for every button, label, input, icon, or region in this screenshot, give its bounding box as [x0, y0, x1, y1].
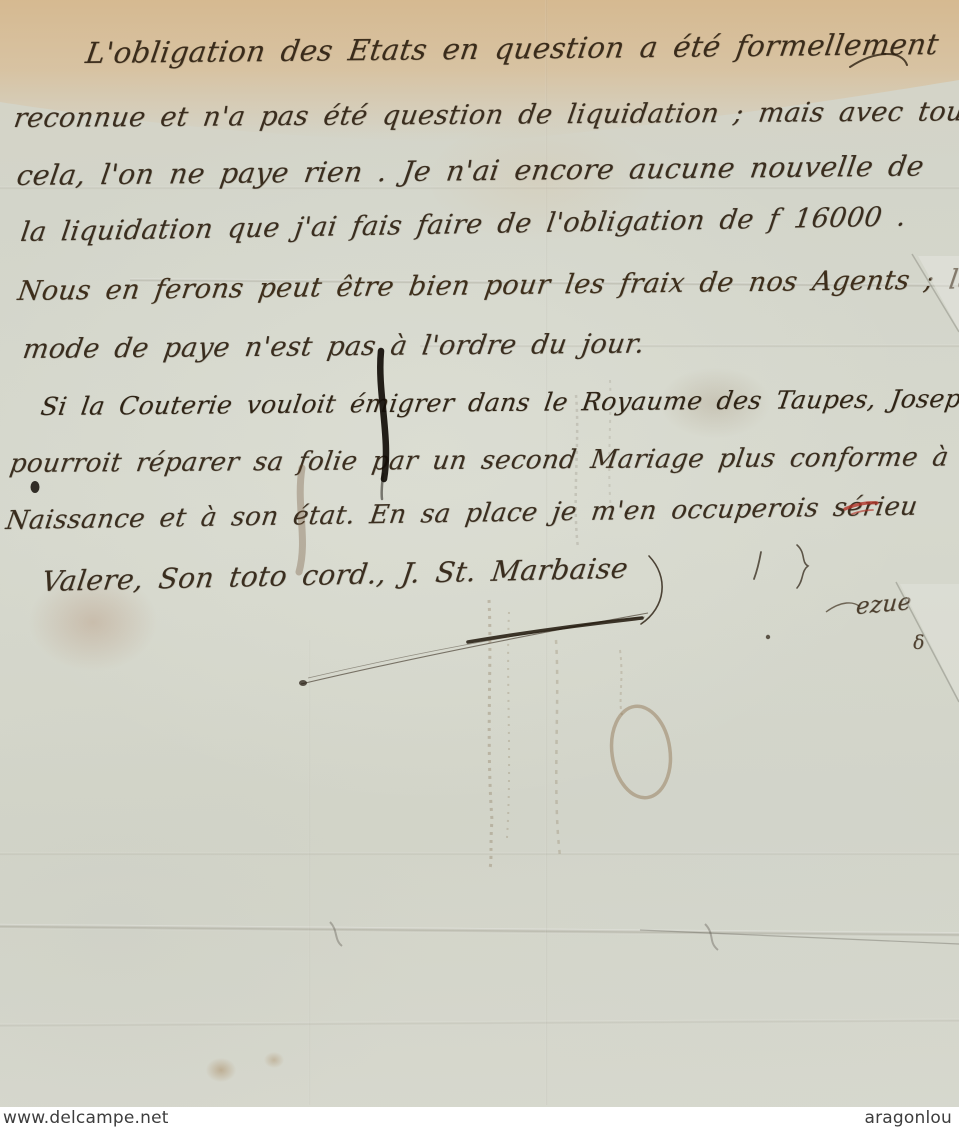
pen-mark-brace	[797, 545, 808, 588]
watermark-site-text: www.delcampe.net	[3, 1108, 169, 1128]
ghost-bleed-3	[556, 640, 560, 856]
ink-blot-left-edge	[31, 481, 40, 493]
ink-streak-tail	[382, 474, 383, 499]
ghost-bleed-2	[507, 612, 509, 838]
pen-mark-paren	[754, 552, 761, 579]
pen-flourish-dash	[850, 54, 907, 67]
ink-streak	[380, 351, 386, 479]
letter-scan: L'obligation des Etats en question a été…	[0, 0, 959, 1131]
watermark-seller-text: aragonlou	[865, 1108, 953, 1128]
torn-edge-flap-1	[918, 256, 959, 330]
fold-wrinkle-1	[330, 922, 342, 946]
fold-shadow	[640, 930, 959, 944]
torn-edge-flap-2	[900, 584, 959, 700]
watermark-bar: www.delcampe.net aragonlou	[0, 1107, 959, 1131]
red-annotation	[845, 503, 877, 509]
pen-dot	[766, 635, 770, 639]
fragment-lead-stroke	[826, 603, 859, 612]
ink-smear	[299, 468, 302, 572]
ghost-postmark-circle	[606, 702, 676, 801]
ghost-bleed-6	[620, 650, 622, 715]
pen-sweep-core	[468, 618, 642, 642]
ghost-bleed-4	[576, 395, 578, 548]
pen-marks-overlay	[0, 0, 959, 1131]
pen-sweep-hairline-2	[308, 617, 645, 678]
ghost-bleed-5	[609, 380, 612, 520]
red-annotation-2	[852, 510, 873, 514]
pen-sweep-blot	[299, 680, 307, 686]
fold-wrinkle-2	[705, 924, 718, 950]
